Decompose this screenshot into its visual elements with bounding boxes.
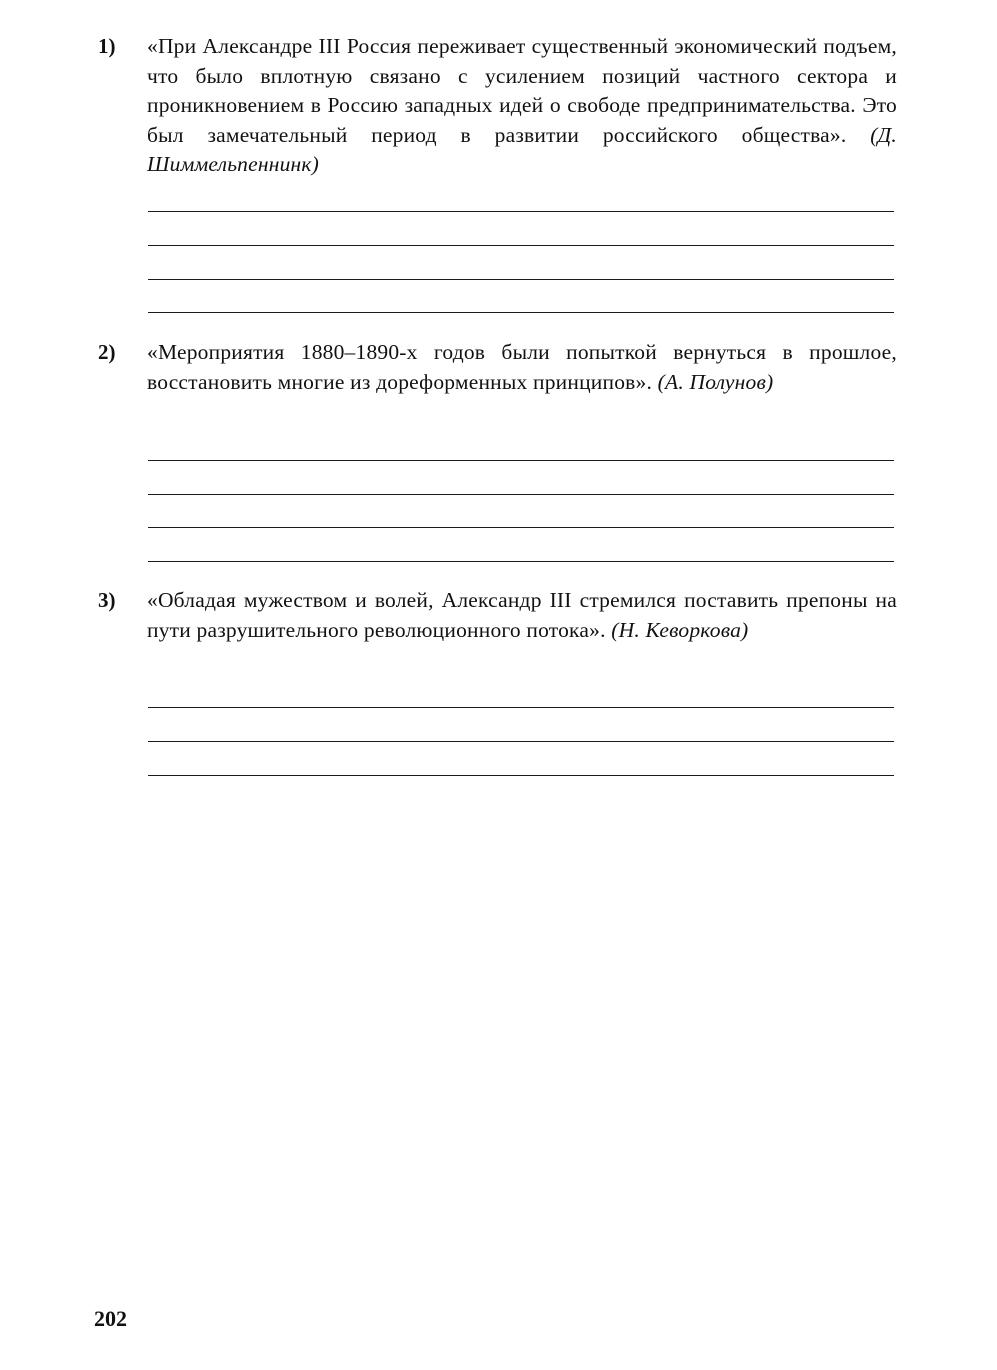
answer-line[interactable] (148, 211, 894, 212)
quote-body: «При Александре III Россия переживает су… (147, 34, 897, 147)
answer-line[interactable] (148, 279, 894, 280)
answer-line[interactable] (148, 775, 894, 776)
answer-line[interactable] (148, 707, 894, 708)
quote-text: «Обладая мужеством и волей, Александр II… (147, 586, 897, 645)
quote-text: «Мероприятия 1880–1890-х годов были попы… (147, 338, 897, 397)
answer-line[interactable] (148, 527, 894, 528)
quote-author: (Н. Кеворкова) (611, 618, 748, 642)
question-number: 3) (98, 586, 116, 616)
quote-body: «Обладая мужеством и волей, Александр II… (147, 588, 897, 642)
quote-text: «При Александре III Россия переживает су… (147, 32, 897, 180)
answer-line[interactable] (148, 494, 894, 495)
answer-line[interactable] (148, 460, 894, 461)
answer-line[interactable] (148, 561, 894, 562)
question-number: 1) (98, 32, 116, 62)
question-number: 2) (98, 338, 116, 368)
answer-line[interactable] (148, 312, 894, 313)
answer-line[interactable] (148, 245, 894, 246)
answer-line[interactable] (148, 741, 894, 742)
quote-body: «Мероприятия 1880–1890-х годов были попы… (147, 340, 897, 394)
page-number: 202 (94, 1306, 127, 1332)
quote-author: (А. Полунов) (658, 370, 774, 394)
